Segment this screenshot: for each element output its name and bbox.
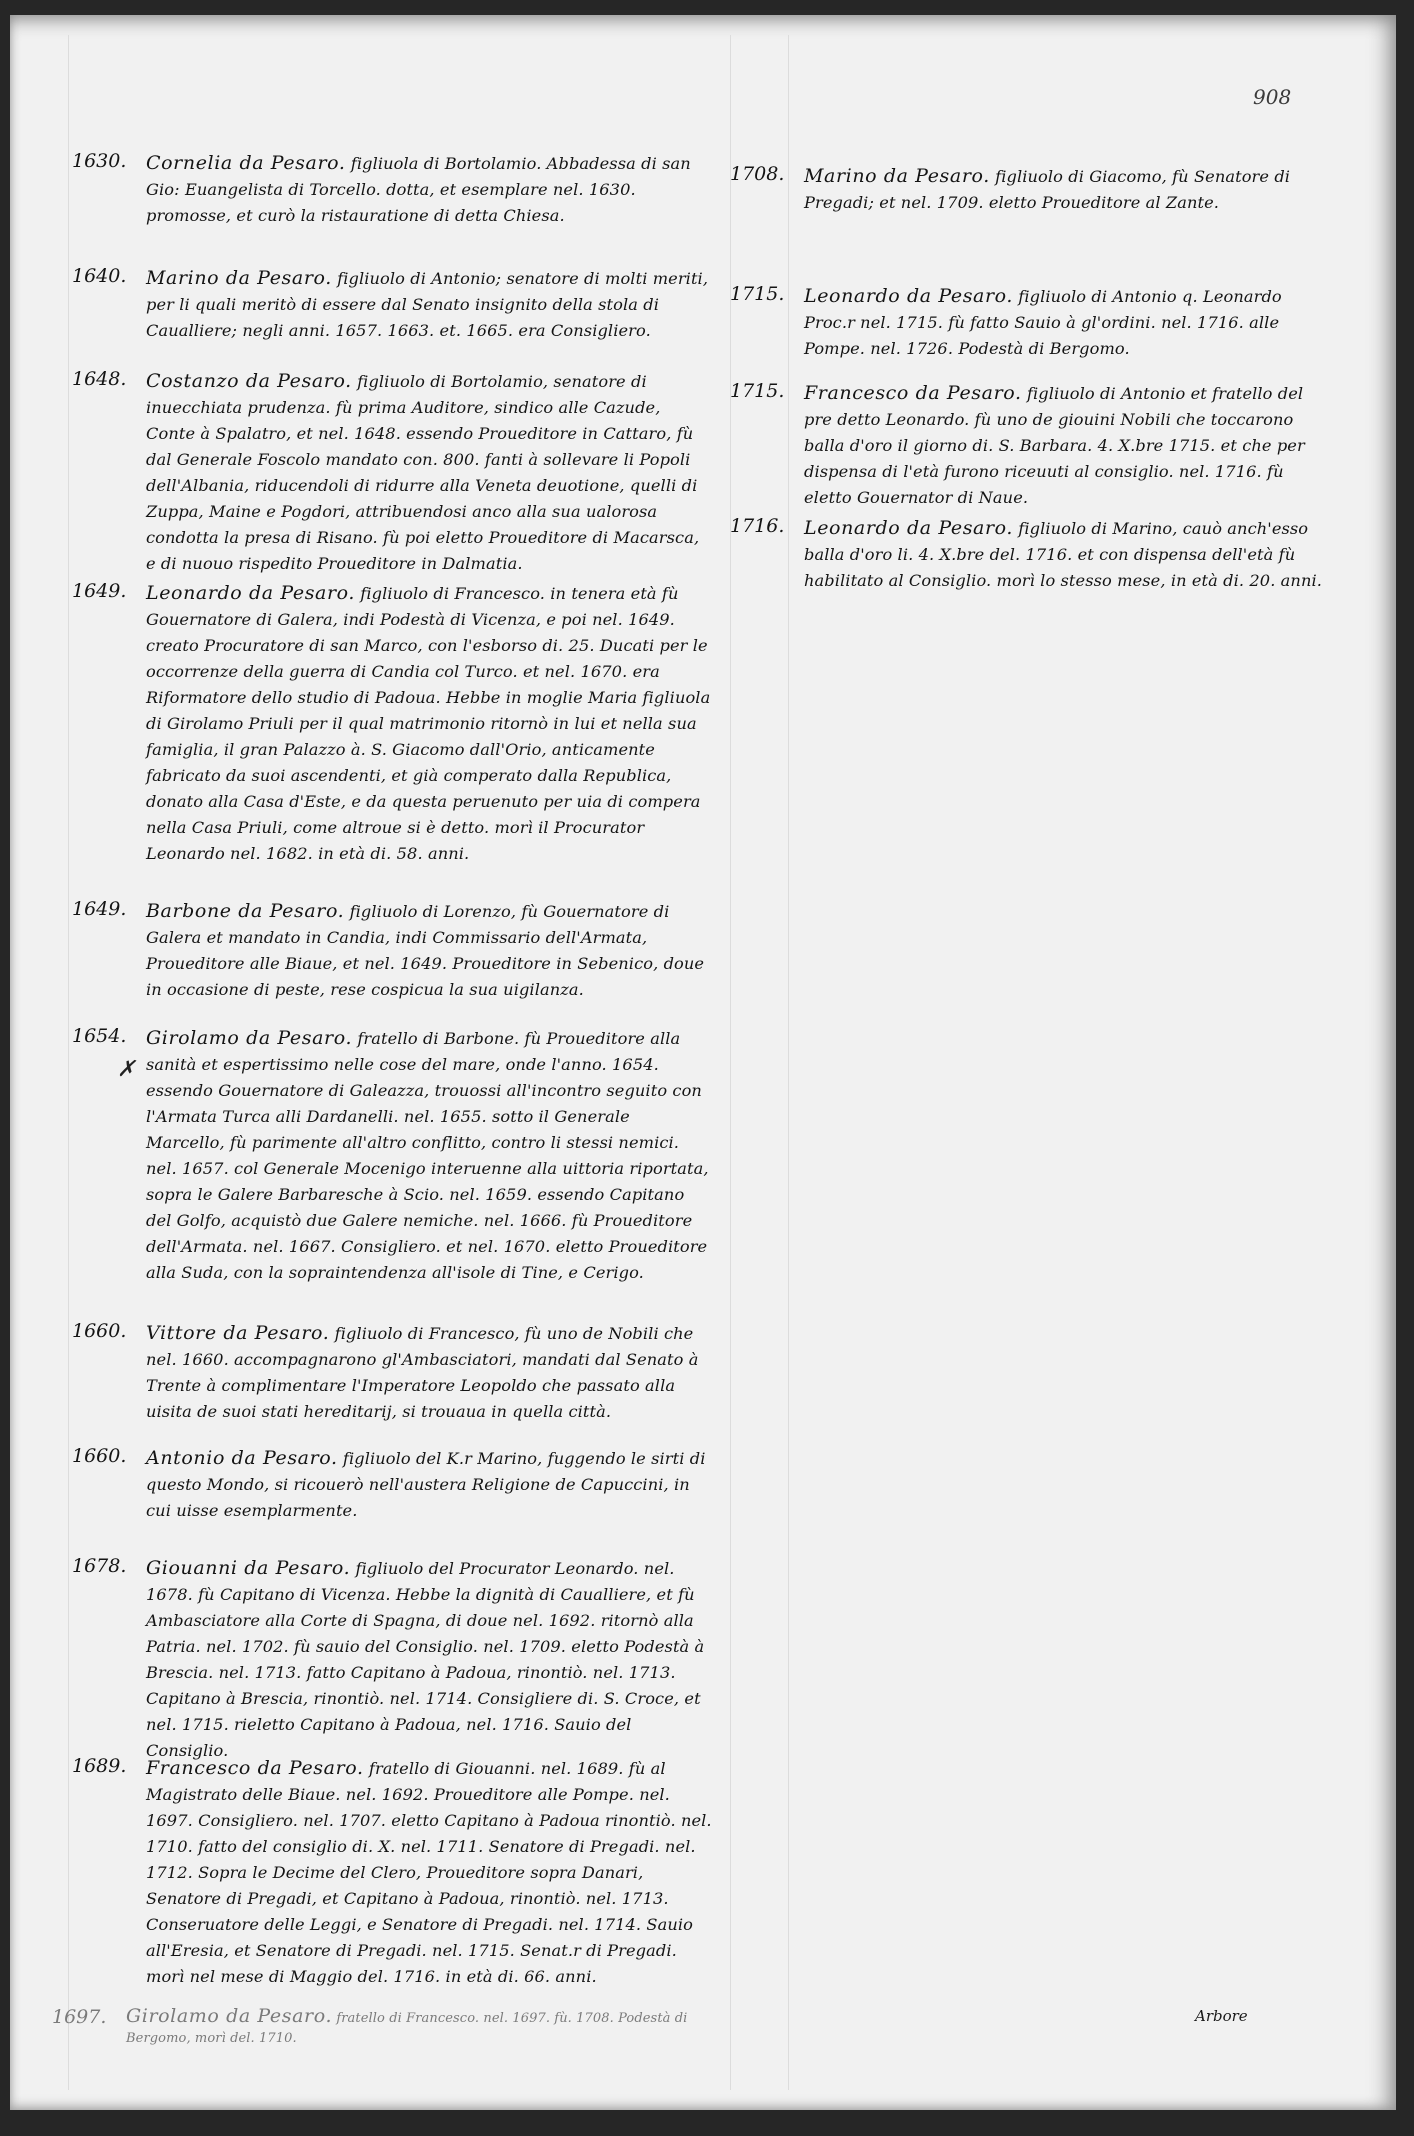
entry-name: Leonardo da Pesaro. bbox=[804, 517, 1013, 539]
entry-name: Girolamo da Pesaro. bbox=[146, 1027, 352, 1049]
entry-antonio-1660: 1660. Antonio da Pesaro. figliuolo del K… bbox=[72, 1445, 712, 1524]
entry-year: 1660. bbox=[72, 1445, 126, 1467]
entry-year: 1640. bbox=[72, 265, 126, 287]
entry-leonardo-1716: 1716. Leonardo da Pesaro. figliuolo di M… bbox=[730, 515, 1330, 594]
entry-year: 1654. bbox=[72, 1025, 126, 1047]
entry-name: Costanzo da Pesaro. bbox=[146, 370, 352, 392]
entry-costanzo-1648: 1648. Costanzo da Pesaro. figliuolo di B… bbox=[72, 368, 712, 577]
ruled-margin-line bbox=[68, 35, 69, 2090]
entry-leonardo-1649: 1649. Leonardo da Pesaro. figliuolo di F… bbox=[72, 580, 712, 867]
entry-leonardo-1715: 1715. Leonardo da Pesaro. figliuolo di A… bbox=[730, 283, 1330, 362]
entry-name: Giouanni da Pesaro. bbox=[146, 1557, 350, 1579]
entry-text: figliuolo del Procurator Leonardo. nel. … bbox=[146, 1559, 704, 1760]
entry-name: Cornelia da Pesaro. bbox=[146, 152, 345, 174]
entry-year: 1697. bbox=[52, 2006, 106, 2028]
entry-year: 1715. bbox=[730, 283, 784, 305]
entry-year: 1649. bbox=[72, 898, 126, 920]
entry-name: Vittore da Pesaro. bbox=[146, 1322, 329, 1344]
folio-number: 908 bbox=[1253, 85, 1291, 109]
entry-cornelia-1630: 1630. Cornelia da Pesaro. figliuola di B… bbox=[72, 150, 712, 229]
entry-name: Antonio da Pesaro. bbox=[146, 1447, 338, 1469]
entry-francesco-1715: 1715. Francesco da Pesaro. figliuolo di … bbox=[730, 380, 1330, 511]
entry-text: figliuolo di Bortolamio, senatore di inu… bbox=[146, 372, 699, 573]
entry-girolamo-1697: 1697. Girolamo da Pesaro. fratello di Fr… bbox=[52, 2006, 692, 2049]
entry-name: Barbone da Pesaro. bbox=[146, 900, 344, 922]
entry-giouanni-1678: 1678. Giouanni da Pesaro. figliuolo del … bbox=[72, 1555, 712, 1764]
entry-text: fratello di Giouanni. nel. 1689. fù al M… bbox=[146, 1759, 712, 1986]
entry-marino-1640: 1640. Marino da Pesaro. figliuolo di Ant… bbox=[72, 265, 712, 344]
entry-name: Leonardo da Pesaro. bbox=[804, 285, 1013, 307]
entry-name: Girolamo da Pesaro. bbox=[126, 2005, 332, 2027]
entry-name: Francesco da Pesaro. bbox=[146, 1757, 364, 1779]
entry-barbone-1649: 1649. Barbone da Pesaro. figliuolo di Lo… bbox=[72, 898, 712, 1003]
cross-mark-icon: ✗ bbox=[117, 1057, 135, 1082]
entry-year: 1660. bbox=[72, 1320, 126, 1342]
entry-marino-1708: 1708. Marino da Pesaro. figliuolo di Gia… bbox=[730, 163, 1330, 216]
entry-name: Francesco da Pesaro. bbox=[804, 382, 1022, 404]
entry-year: 1715. bbox=[730, 380, 784, 402]
entry-name: Marino da Pesaro. bbox=[146, 267, 332, 289]
entry-year: 1678. bbox=[72, 1555, 126, 1577]
entry-year: 1649. bbox=[72, 580, 126, 602]
margin-note: Arbore bbox=[1195, 2007, 1248, 2025]
entry-year: 1708. bbox=[730, 163, 784, 185]
entry-year: 1630. bbox=[72, 150, 126, 172]
entry-year: 1689. bbox=[72, 1755, 126, 1777]
entry-name: Marino da Pesaro. bbox=[804, 165, 990, 187]
entry-name: Leonardo da Pesaro. bbox=[146, 582, 355, 604]
entry-year: 1716. bbox=[730, 515, 784, 537]
entry-text: figliuolo di Francesco. in tenera età fù… bbox=[146, 584, 710, 863]
entry-text: fratello di Barbone. fù Proueditore alla… bbox=[146, 1029, 709, 1282]
entry-vittore-1660: 1660. Vittore da Pesaro. figliuolo di Fr… bbox=[72, 1320, 712, 1425]
entry-francesco-1689: 1689. Francesco da Pesaro. fratello di G… bbox=[72, 1755, 712, 1990]
entry-girolamo-1654: 1654. Girolamo da Pesaro. fratello di Ba… bbox=[72, 1025, 712, 1286]
entry-year: 1648. bbox=[72, 368, 126, 390]
